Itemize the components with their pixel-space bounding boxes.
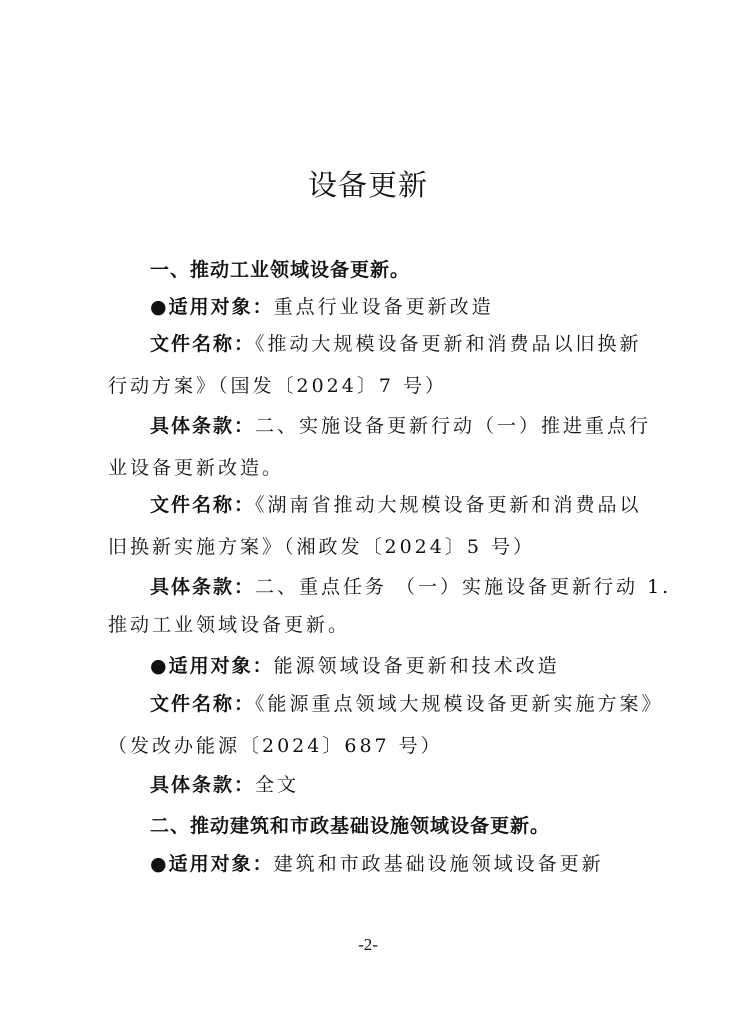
- page-number: -2-: [0, 935, 736, 955]
- value: 全文: [255, 774, 299, 796]
- value: 二、实施设备更新行动（一）推进重点行: [255, 415, 651, 437]
- label: ●适用对象：: [150, 655, 274, 677]
- value: 《推动大规模设备更新和消费品以旧换新: [255, 333, 642, 355]
- value: 重点行业设备更新改造: [274, 296, 494, 318]
- label: 具体条款：: [150, 774, 255, 796]
- value: 《能源重点领域大规模设备更新实施方案》: [255, 693, 664, 715]
- label: 文件名称：: [150, 693, 255, 715]
- paragraph-line: ●适用对象：能源领域设备更新和技术改造: [150, 651, 560, 678]
- label: 具体条款：: [150, 415, 255, 437]
- label: 文件名称：: [150, 494, 255, 516]
- value: 《湖南省推动大规模设备更新和消费品以: [255, 494, 642, 516]
- paragraph-line: 具体条款：二、实施设备更新行动（一）推进重点行: [150, 411, 651, 438]
- section-heading-1: 一、推动工业领域设备更新。: [150, 255, 410, 282]
- paragraph-line: 旧换新实施方案》（湘政发〔2024〕5 号）: [108, 532, 535, 559]
- label: 具体条款：: [150, 576, 255, 598]
- label: ●适用对象：: [150, 853, 274, 875]
- value: 能源领域设备更新和技术改造: [274, 655, 560, 677]
- paragraph-line: ●适用对象：建筑和市政基础设施领域设备更新: [150, 849, 604, 876]
- section-heading-2: 二、推动建筑和市政基础设施领域设备更新。: [150, 811, 550, 838]
- page-title: 设备更新: [0, 163, 736, 204]
- paragraph-line: 业设备更新改造。: [108, 453, 284, 480]
- paragraph-line: 文件名称：《湖南省推动大规模设备更新和消费品以: [150, 490, 642, 517]
- label: 文件名称：: [150, 333, 255, 355]
- label: ●适用对象：: [150, 296, 274, 318]
- paragraph-line: 行动方案》（国发〔2024〕7 号）: [108, 371, 447, 398]
- value: 二、重点任务 （一）实施设备更新行动 1.: [255, 576, 671, 598]
- paragraph-line: （发改办能源〔2024〕687 号）: [108, 731, 443, 758]
- paragraph-line: ●适用对象：重点行业设备更新改造: [150, 292, 494, 319]
- paragraph-line: 文件名称：《能源重点领域大规模设备更新实施方案》: [150, 689, 664, 716]
- value: 建筑和市政基础设施领域设备更新: [274, 853, 604, 875]
- paragraph-line: 具体条款：全文: [150, 770, 299, 797]
- paragraph-line: 具体条款：二、重点任务 （一）实施设备更新行动 1.: [150, 572, 671, 599]
- paragraph-line: 推动工业领域设备更新。: [108, 610, 350, 637]
- paragraph-line: 文件名称：《推动大规模设备更新和消费品以旧换新: [150, 329, 642, 356]
